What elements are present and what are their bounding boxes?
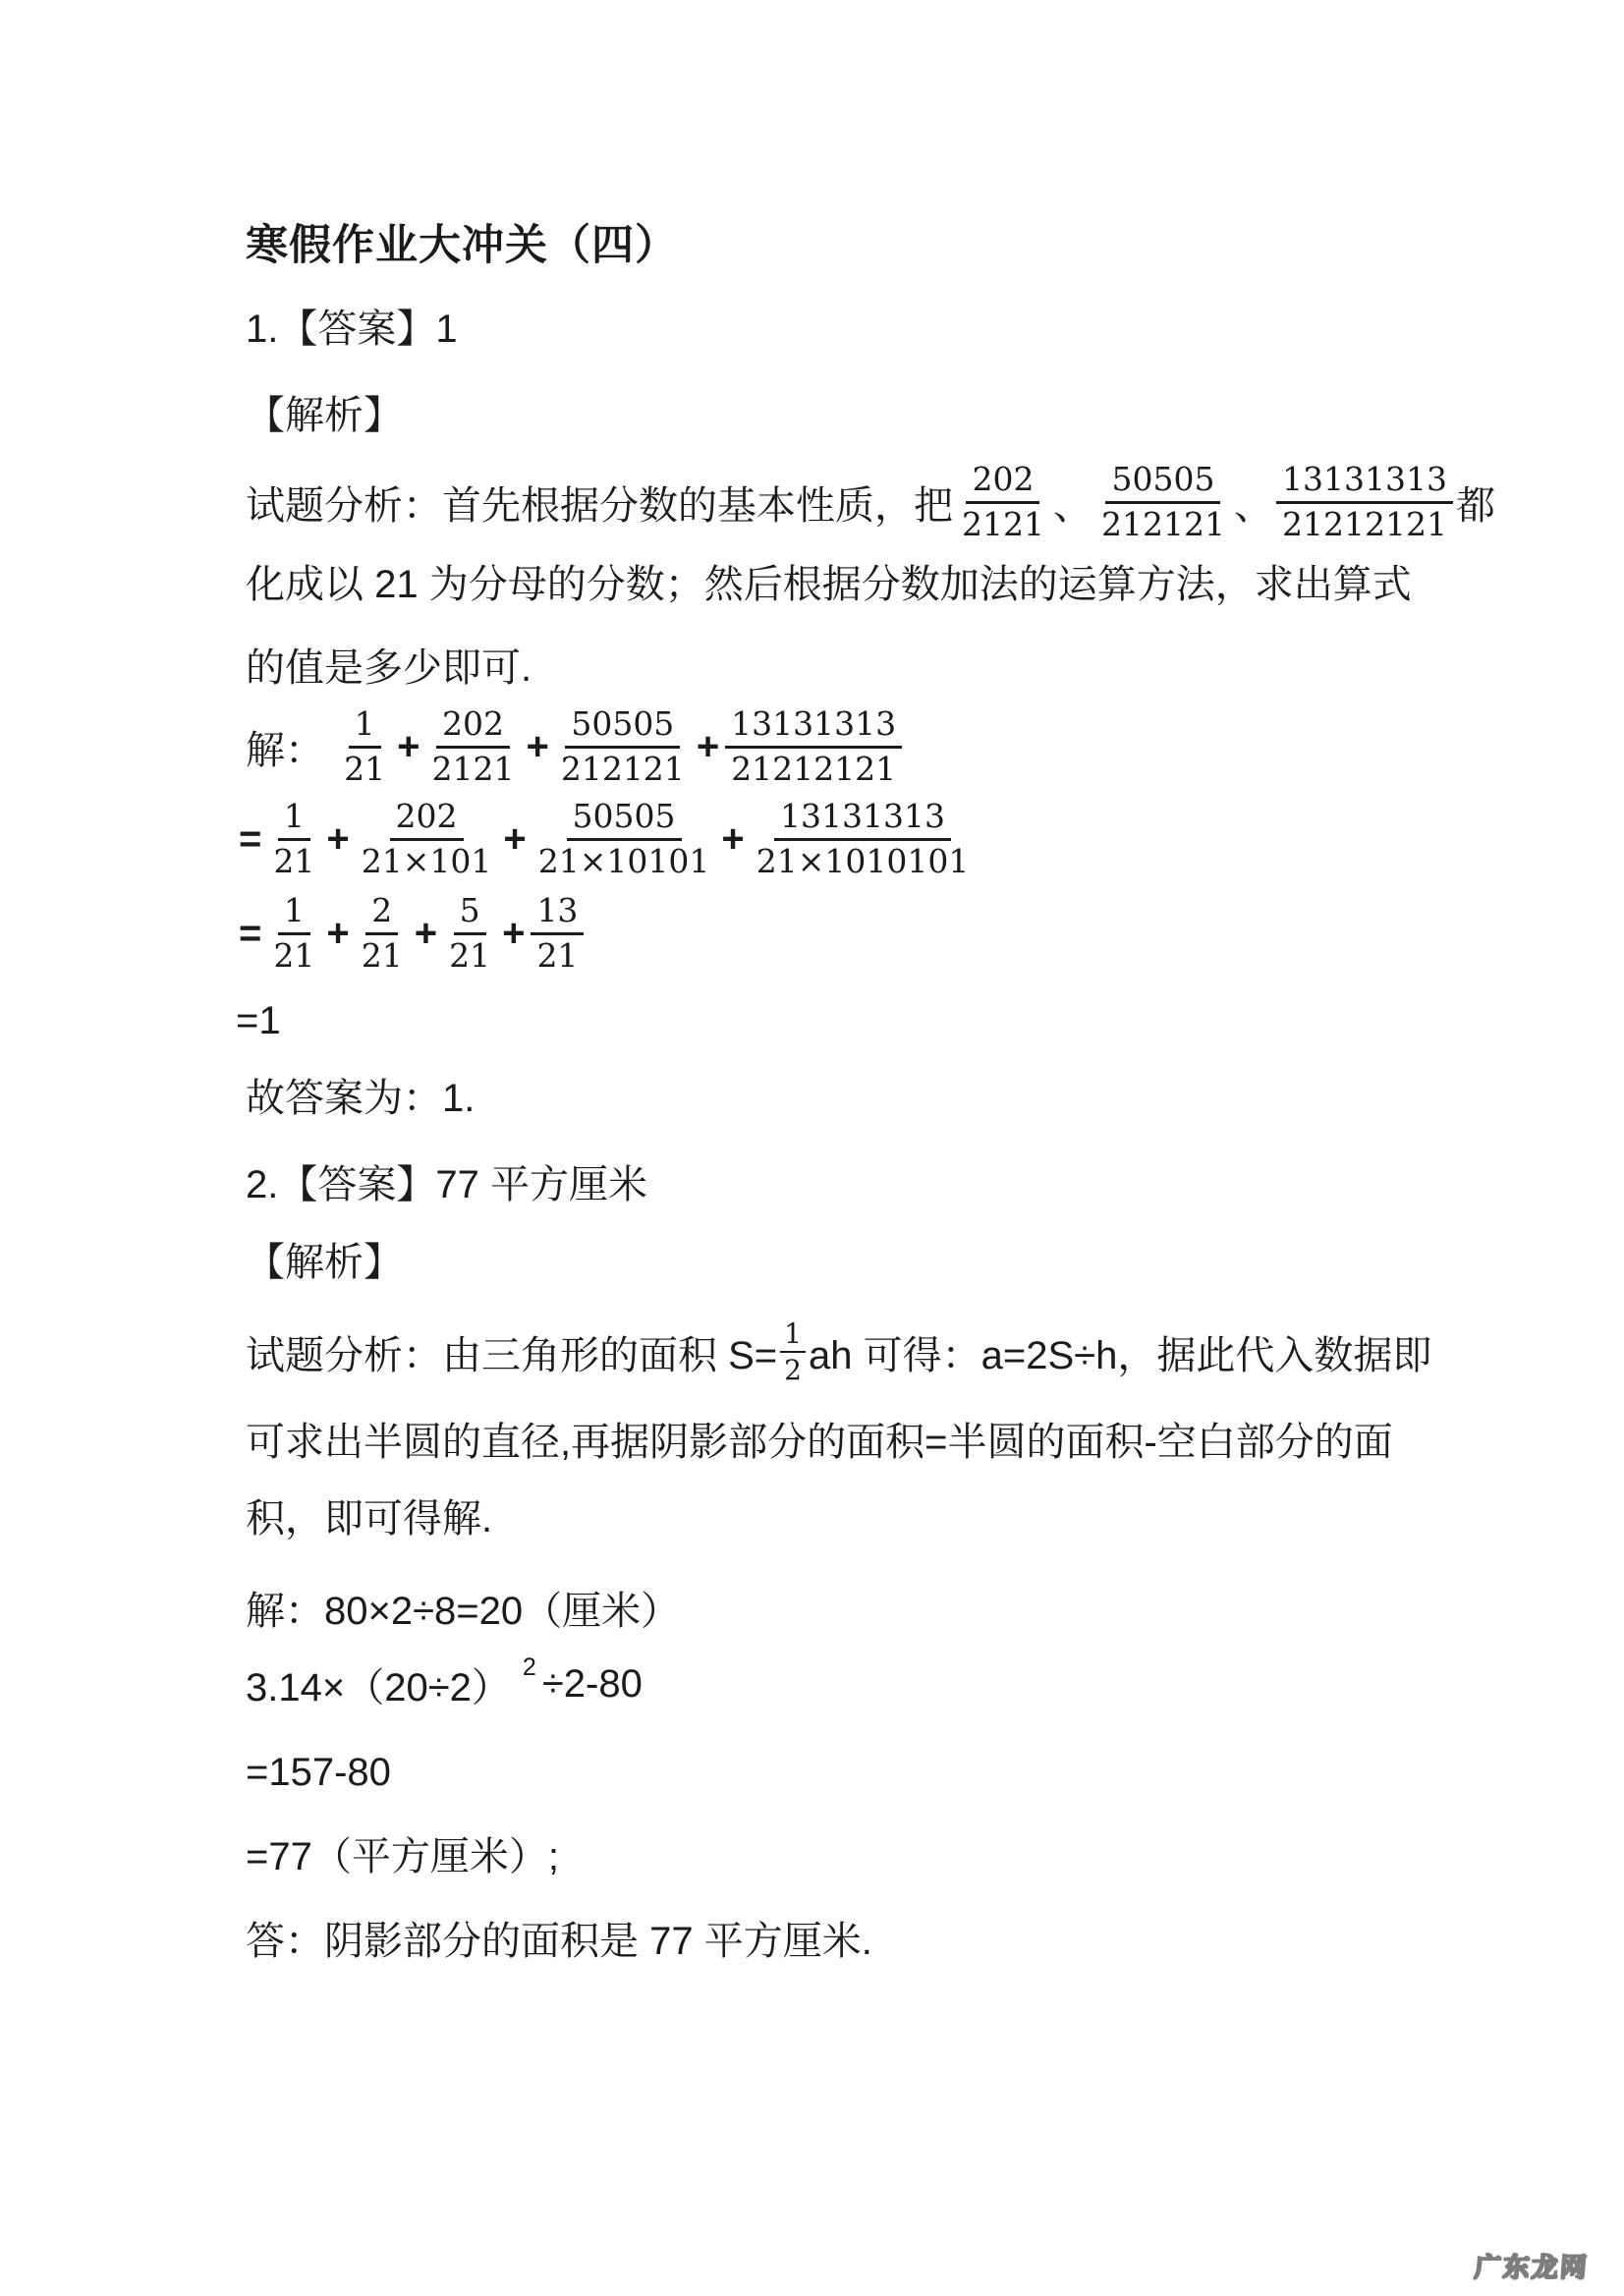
fraction: 1313131321×1010101 <box>751 799 976 880</box>
text-run: ÷2-80 <box>542 1662 643 1707</box>
analysis-label-1: 【解析】 <box>246 386 403 437</box>
conclusion-2: 答：阴影部分的面积是 77 平方厘米. <box>246 1912 872 1963</box>
fraction: 1321 <box>531 893 584 975</box>
math-operator: + <box>526 725 548 769</box>
fraction: 2022121 <box>425 706 520 788</box>
text-run: 答：阴影部分的面积是 77 平方厘米. <box>246 1910 872 1966</box>
fraction: 50505212121 <box>1095 462 1231 543</box>
answer-2: 2.【答案】77 平方厘米 <box>246 1155 647 1206</box>
fraction-denominator: 21×101 <box>356 841 498 880</box>
text-run: 寒假作业大冲关（四） <box>246 212 678 272</box>
math-operator: + <box>697 725 719 769</box>
text-run: 故答案为：1. <box>246 1067 475 1123</box>
analysis-2-line-2: 可求出半圆的直径,再据阴影部分的面积=半圆的面积-空白部分的面 <box>246 1413 1393 1464</box>
math-operator: + <box>721 817 744 862</box>
fraction-denominator: 21×10101 <box>532 841 716 880</box>
text-run: =157-80 <box>246 1751 391 1795</box>
document-page: 广东龙网 寒假作业大冲关（四）1.【答案】1【解析】试题分析：首先根据分数的基本… <box>0 0 1624 2296</box>
text-run: 3.14×（20÷2） <box>246 1656 511 1712</box>
watermark-text: 广东龙网 <box>1474 2246 1591 2284</box>
text-run: 解：80×2÷8=20（厘米） <box>246 1580 680 1636</box>
fraction-numerator: 2 <box>365 893 398 935</box>
fraction-numerator: 1 <box>349 706 381 749</box>
fraction-denominator: 21 <box>267 935 320 975</box>
fraction-denominator: 2121 <box>956 504 1050 543</box>
text-run: 可求出半圆的直径,再据阴影部分的面积=半圆的面积-空白部分的面 <box>246 1411 1393 1467</box>
math-operator: = <box>239 817 261 862</box>
fraction-denominator: 2 <box>780 1353 806 1385</box>
fraction-denominator: 21 <box>267 841 320 880</box>
fraction: 2022121 <box>956 462 1050 543</box>
fraction-denominator: 21 <box>338 749 391 788</box>
text-run: 【解析】 <box>246 384 403 440</box>
fraction-numerator: 13 <box>531 893 584 935</box>
analysis-1-line-2: 化成以 21 为分母的分数；然后根据分数加法的运算方法，求出算式 <box>246 555 1412 606</box>
fraction-numerator: 13131313 <box>725 706 902 749</box>
analysis-2-line-1: 试题分析：由三角形的面积 S=12ah 可得：a=2S÷h，据此代入数据即 <box>246 1307 1431 1397</box>
solution-2-step-3: =157-80 <box>246 1747 391 1798</box>
fraction-numerator: 13131313 <box>1276 462 1453 504</box>
text-run: 【解析】 <box>246 1231 403 1287</box>
analysis-1-line-3: 的值是多少即可. <box>246 639 532 690</box>
fraction: 1313131321212121 <box>725 706 902 788</box>
text-run: 1.【答案】1 <box>246 298 458 354</box>
text-run: 、 <box>1053 475 1092 531</box>
answer-1: 1.【答案】1 <box>246 300 458 351</box>
text-run: =1 <box>236 999 281 1043</box>
solution-1-result: =1 <box>236 995 281 1046</box>
analysis-2-line-3: 积，即可得解. <box>246 1489 492 1540</box>
solution-2-step-1: 解：80×2÷8=20（厘米） <box>246 1582 680 1633</box>
analysis-label-2: 【解析】 <box>246 1233 403 1284</box>
math-operator: + <box>502 912 525 956</box>
text-run: 试题分析：由三角形的面积 S= <box>246 1324 777 1380</box>
text-run: 、 <box>1234 475 1273 531</box>
text-run: 都 <box>1456 475 1495 531</box>
doc-title: 寒假作业大冲关（四） <box>246 216 678 267</box>
solution-1-step-2: =121+20221×101+5050521×10101+1313131321×… <box>236 794 978 884</box>
fraction: 221 <box>356 893 409 975</box>
fraction: 12 <box>780 1318 806 1386</box>
fraction: 121 <box>267 893 320 975</box>
fraction-denominator: 212121 <box>555 749 691 788</box>
text-run: =77（平方厘米）; <box>246 1825 559 1881</box>
fraction-denominator: 21 <box>356 935 409 975</box>
math-operator: + <box>415 912 437 956</box>
fraction-denominator: 21 <box>531 935 584 975</box>
fraction-denominator: 21212121 <box>1276 504 1453 543</box>
fraction-numerator: 50505 <box>565 706 680 749</box>
fraction-numerator: 202 <box>436 706 510 749</box>
fraction-numerator: 1 <box>278 893 310 935</box>
fraction-numerator: 13131313 <box>774 799 951 841</box>
text-run: 化成以 21 为分母的分数；然后根据分数加法的运算方法，求出算式 <box>246 553 1412 609</box>
fraction: 20221×101 <box>356 799 498 880</box>
superscript: 2 <box>523 1653 536 1682</box>
fraction: 121 <box>338 706 391 788</box>
fraction-numerator: 5 <box>454 893 486 935</box>
math-operator: + <box>397 725 420 769</box>
text-run: ah 可得：a=2S÷h，据此代入数据即 <box>809 1324 1431 1380</box>
solution-1-step-3: =121+221+521+1321 <box>236 888 587 979</box>
fraction-denominator: 21212121 <box>725 749 902 788</box>
fraction: 1313131321212121 <box>1276 462 1453 543</box>
fraction: 121 <box>267 799 320 880</box>
text-run: 解： <box>246 719 335 775</box>
fraction: 521 <box>443 893 496 975</box>
solution-2-step-4: =77（平方厘米）; <box>246 1827 559 1878</box>
math-operator: = <box>239 912 261 956</box>
text-run: 试题分析：首先根据分数的基本性质，把 <box>246 475 953 531</box>
fraction-denominator: 2121 <box>425 749 520 788</box>
math-operator: + <box>326 912 349 956</box>
text-run: 的值是多少即可. <box>246 637 532 693</box>
fraction-numerator: 1 <box>780 1318 806 1353</box>
fraction-numerator: 50505 <box>567 799 682 841</box>
fraction-numerator: 1 <box>278 799 310 841</box>
fraction: 50505212121 <box>555 706 691 788</box>
fraction-denominator: 212121 <box>1095 504 1231 543</box>
solution-2-step-2: 3.14×（20÷2）2÷2-80 <box>246 1658 643 1709</box>
fraction: 5050521×10101 <box>532 799 716 880</box>
fraction-denominator: 21 <box>443 935 496 975</box>
text-run: 积，即可得解. <box>246 1487 492 1543</box>
analysis-1-line-1: 试题分析：首先根据分数的基本性质，把2022121、50505212121、13… <box>246 457 1495 547</box>
conclusion-1: 故答案为：1. <box>246 1069 475 1120</box>
text-run: 2.【答案】77 平方厘米 <box>246 1153 647 1209</box>
math-operator: + <box>503 817 526 862</box>
solution-1-step-1: 解： 121+2022121+50505212121+1313131321212… <box>246 701 905 792</box>
math-operator: + <box>326 817 349 862</box>
fraction-numerator: 50505 <box>1105 462 1220 504</box>
fraction-numerator: 202 <box>390 799 464 841</box>
fraction-denominator: 21×1010101 <box>751 841 976 880</box>
fraction-numerator: 202 <box>966 462 1039 504</box>
